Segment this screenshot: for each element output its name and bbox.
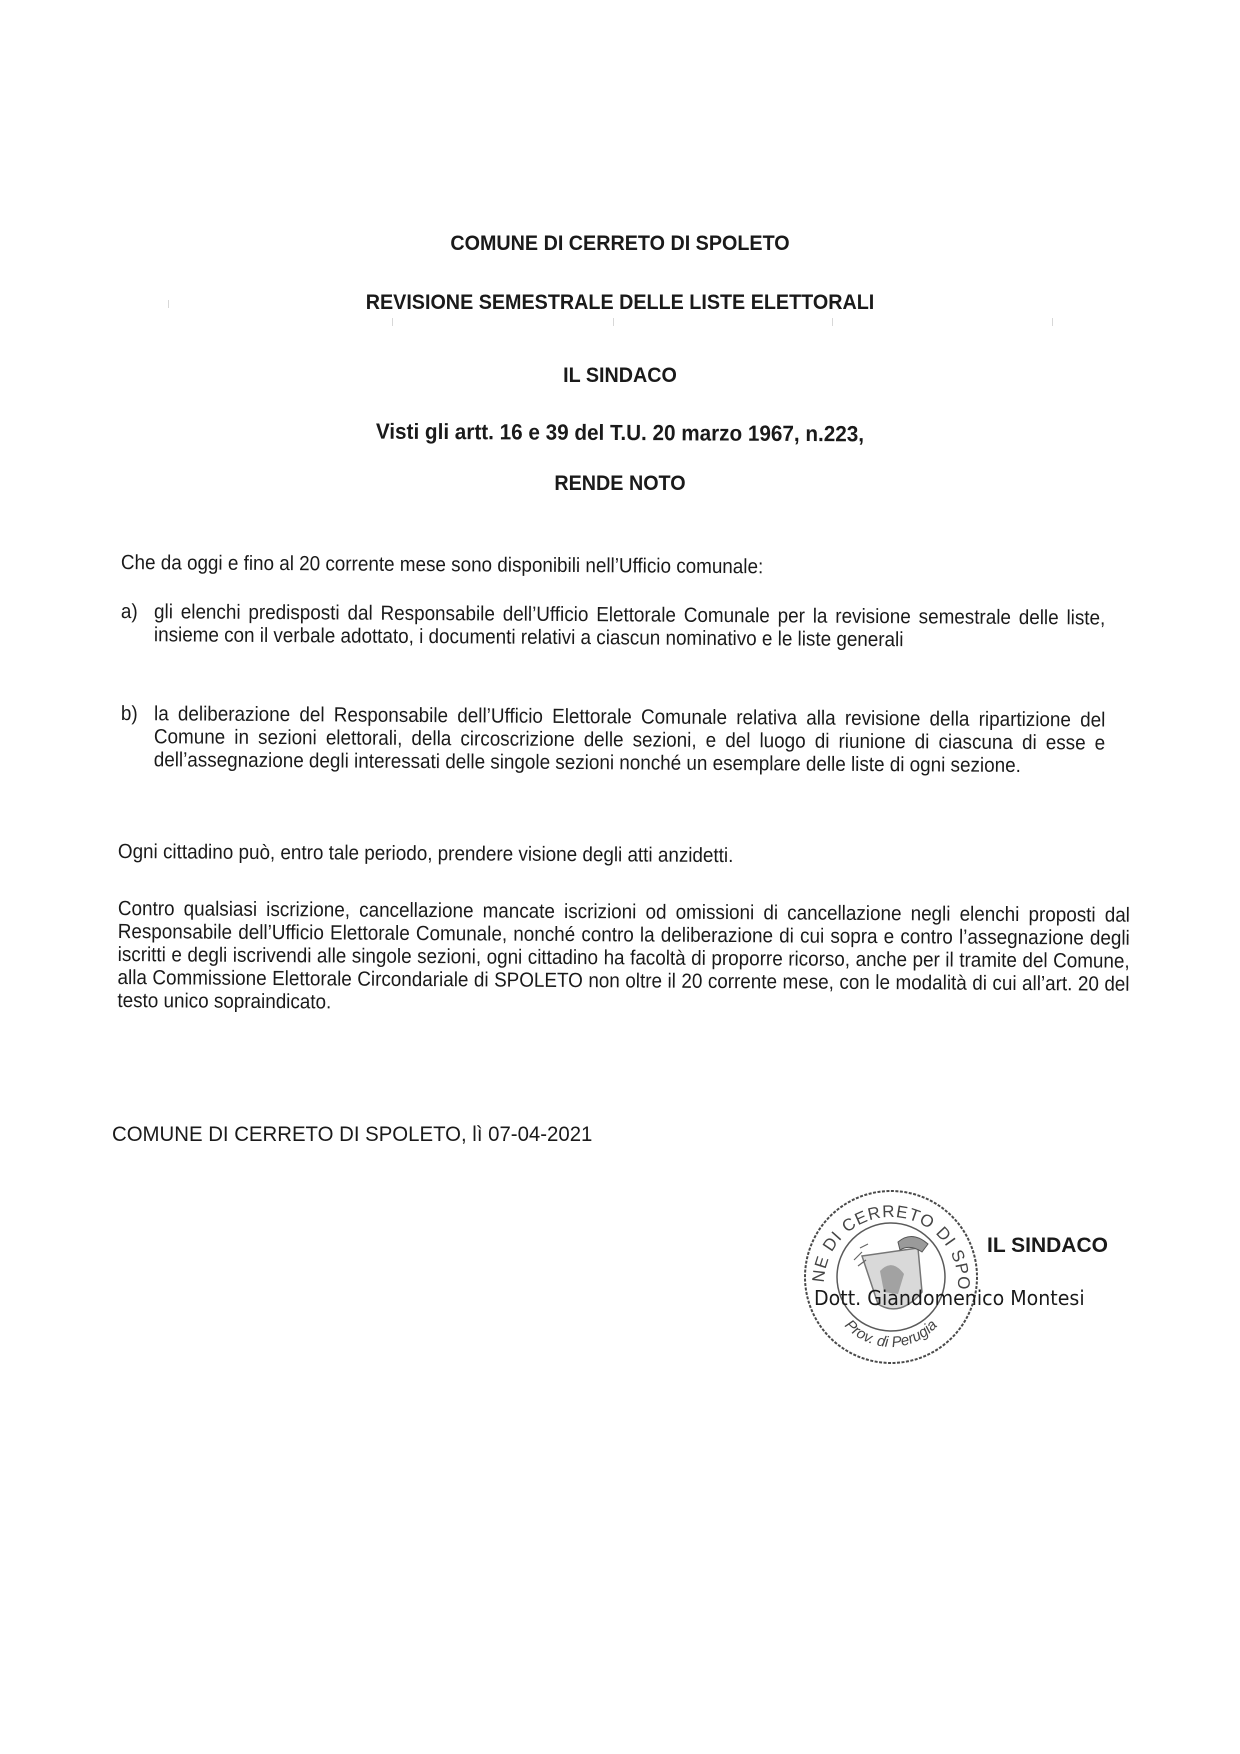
- subject-heading: REVISIONE SEMESTRALE DELLE LISTE ELETTOR…: [37, 291, 1203, 315]
- legal-reference: Visti gli artt. 16 e 39 del T.U. 20 marz…: [37, 417, 1203, 449]
- list-marker: a): [121, 600, 138, 623]
- appeal-paragraph: Contro qualsiasi iscrizione, cancellazio…: [117, 897, 1130, 1019]
- coat-of-arms-seal-icon: COMUNE DI CERRETO DI SPOLETO Prov. di Pe…: [800, 1186, 982, 1368]
- document-page: COMUNE DI CERRETO DI SPOLETO REVISIONE S…: [0, 0, 1240, 1754]
- municipal-stamp: COMUNE DI CERRETO DI SPOLETO Prov. di Pe…: [800, 1186, 982, 1368]
- intro-paragraph: Che da oggi e fino al 20 corrente mese s…: [121, 551, 1106, 581]
- list-item: a) gli elenchi predisposti dal Responsab…: [121, 600, 1106, 653]
- svg-text:Prov. di Perugia: Prov. di Perugia: [841, 1316, 940, 1351]
- access-paragraph: Ogni cittadino può, entro tale periodo, …: [118, 840, 1103, 870]
- scan-artifact: [392, 318, 393, 326]
- list-item: b) la deliberazione del Responsabile del…: [121, 702, 1106, 778]
- scan-artifact: [1052, 318, 1053, 326]
- signatory-title: IL SINDACO: [987, 1234, 1108, 1258]
- list-marker: b): [121, 702, 138, 725]
- list-item-text: gli elenchi predisposti dal Responsabile…: [154, 600, 1106, 652]
- scan-artifact: [168, 300, 169, 308]
- declaration-heading: RENDE NOTO: [37, 472, 1203, 496]
- place-and-date: COMUNE DI CERRETO DI SPOLETO, lì 07-04-2…: [112, 1123, 592, 1147]
- scan-artifact: [613, 318, 614, 326]
- authority-heading: IL SINDACO: [37, 364, 1203, 388]
- list-item-text: la deliberazione del Responsabile dell’U…: [154, 702, 1106, 777]
- scan-artifact: [832, 318, 833, 326]
- signatory-name: Dott. Giandomenico Montesi: [814, 1286, 1085, 1310]
- municipality-heading: COMUNE DI CERRETO DI SPOLETO: [37, 232, 1203, 256]
